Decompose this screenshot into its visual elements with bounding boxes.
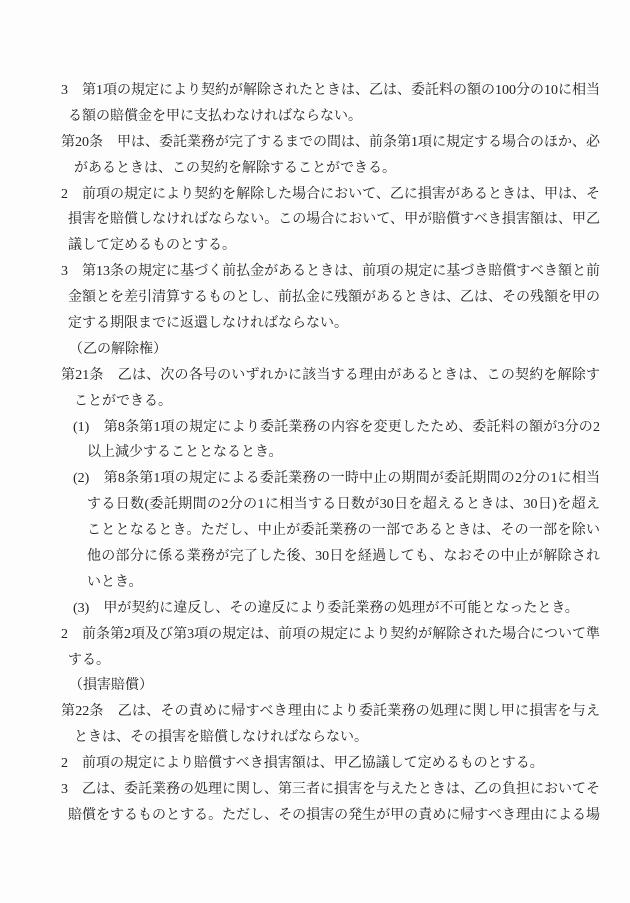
text-line: こととなるとき。ただし、中止が委託業務の一部であるときは、その一部を除いた — [61, 518, 600, 544]
text-line: 2 前項の規定により賠償すべき損害額は、甲乙協議して定めるものとする。 — [61, 751, 600, 777]
text-line: 損害を賠償しなければならない。この場合において、甲が賠償すべき損害額は、甲乙協 — [61, 207, 600, 233]
document-page: 3 第1項の規定により契約が解除されたときは、乙は、委託料の額の100分の10に… — [61, 78, 600, 829]
text-line: 定する期限までに返還しなければならない。 — [61, 311, 600, 337]
section-heading: （損害賠償） — [61, 673, 600, 699]
text-line: があるときは、この契約を解除することができる。 — [61, 156, 600, 182]
text-line: (3) 甲が契約に違反し、その違反により委託業務の処理が不可能となったとき。 — [61, 596, 600, 622]
text-line: 3 第1項の規定により契約が解除されたときは、乙は、委託料の額の100分の10に… — [61, 78, 600, 104]
section-heading: （乙の解除権） — [61, 337, 600, 363]
text-line: する。 — [61, 648, 600, 674]
text-line: 金額とを差引清算するものとし、前払金に残額があるときは、乙は、その残額を甲の指 — [61, 285, 600, 311]
text-line: 第22条 乙は、その責めに帰すべき理由により委託業務の処理に関し甲に損害を与えた — [61, 699, 600, 725]
text-line: ときは、その損害を賠償しなければならない。 — [61, 725, 600, 751]
text-line: ことができる。 — [61, 389, 600, 415]
text-line: 他の部分に係る業務が完了した後、30日を経過しても、なおその中止が解除されな — [61, 544, 600, 570]
text-line: 第20条 甲は、委託業務が完了するまでの間は、前条第1項に規定する場合のほか、必… — [61, 130, 600, 156]
text-line: 2 前条第2項及び第3項の規定は、前項の規定により契約が解除された場合について準… — [61, 622, 600, 648]
text-line: 第21条 乙は、次の各号のいずれかに該当する理由があるときは、この契約を解除する — [61, 363, 600, 389]
text-line: (1) 第8条第1項の規定により委託業務の内容を変更したため、委託料の額が3分の… — [61, 415, 600, 441]
text-line: する日数(委託期間の2分の1に相当する日数が30日を超えるときは、30日)を超え… — [61, 492, 600, 518]
text-line: 以上減少することとなるとき。 — [61, 440, 600, 466]
text-line: 2 前項の規定により契約を解除した場合において、乙に損害があるときは、甲は、その — [61, 182, 600, 208]
text-line: 3 乙は、委託業務の処理に関し、第三者に損害を与えたときは、乙の負担においてその — [61, 777, 600, 803]
text-line: 賠償をするものとする。ただし、その損害の発生が甲の責めに帰すべき理由による場合 — [61, 803, 600, 829]
text-line: る額の賠償金を甲に支払わなければならない。 — [61, 104, 600, 130]
text-line: いとき。 — [61, 570, 600, 596]
text-line: 議して定めるものとする。 — [61, 233, 600, 259]
text-line: (2) 第8条第1項の規定による委託業務の一時中止の期間が委託期間の2分の1に相… — [61, 466, 600, 492]
text-line: 3 第13条の規定に基づく前払金があるときは、前項の規定に基づき賠償すべき額と前… — [61, 259, 600, 285]
